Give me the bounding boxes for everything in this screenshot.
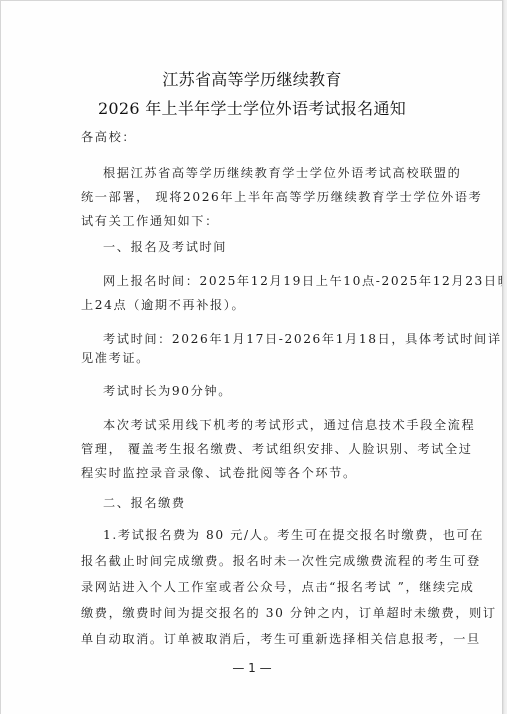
fee-line-3: 录网站进入个人工作室或者公众号，点击“报名考试 ”，继续完成 [81,579,421,595]
section-2-heading: 二、报名缴费 [103,495,443,511]
registration-time-line-1: 网上报名时间：2025年12月19日上午10点-2025年12月23日晚 [103,273,443,289]
fee-line-4: 缴费，缴费时间为提交报名的 30 分钟之内，订单超时未缴费，则订 [81,605,421,621]
fee-line-5: 单自动取消。订单被取消后，考生可重新选择相关信息报考，一旦 [81,631,421,647]
exam-time-line-2: 见准考证。 [81,350,421,366]
document-page: 江苏省高等学历继续教育 2026 年上半年学士学位外语考试报名通知 各高校： 根… [0,0,502,714]
fee-line-2: 报名截止时间完成缴费。报名时未一次性完成缴费流程的考生可登 [81,553,421,569]
page-edge-shadow [502,0,507,714]
intro-line-3: 试有关工作通知如下： [81,213,421,229]
intro-line-1: 根据江苏省高等学历继续教育学士学位外语考试高校联盟的 [103,165,443,181]
document-title-line-2: 2026 年上半年学士学位外语考试报名通知 [1,96,503,119]
fee-line-1: 1.考试报名费为 80 元/人。考生可在提交报名时缴费，也可在 [103,527,443,543]
exam-format-line-3: 程实时监控录音录像、试卷批阅等各个环节。 [81,465,421,481]
page-number: — 1 — [1,661,503,675]
exam-format-line-2: 管理， 覆盖考生报名缴费、考试组织安排、人脸识别、考试全过 [81,441,421,457]
exam-duration: 考试时长为90分钟。 [103,383,443,399]
document-title-line-1: 江苏省高等学历继续教育 [1,67,503,90]
registration-time-line-2: 上24点（逾期不再补报）。 [81,297,421,313]
intro-line-2: 统一部署， 现将2026年上半年高等学历继续教育学士学位外语考 [81,189,421,205]
salutation: 各高校： [81,129,421,145]
exam-time-line-1: 考试时间：2026年1月17日-2026年1月18日，具体考试时间详 [103,331,443,347]
exam-format-line-1: 本次考试采用线下机考的考试形式，通过信息技术手段全流程 [103,417,443,433]
section-1-heading: 一、报名及考试时间 [103,239,443,255]
